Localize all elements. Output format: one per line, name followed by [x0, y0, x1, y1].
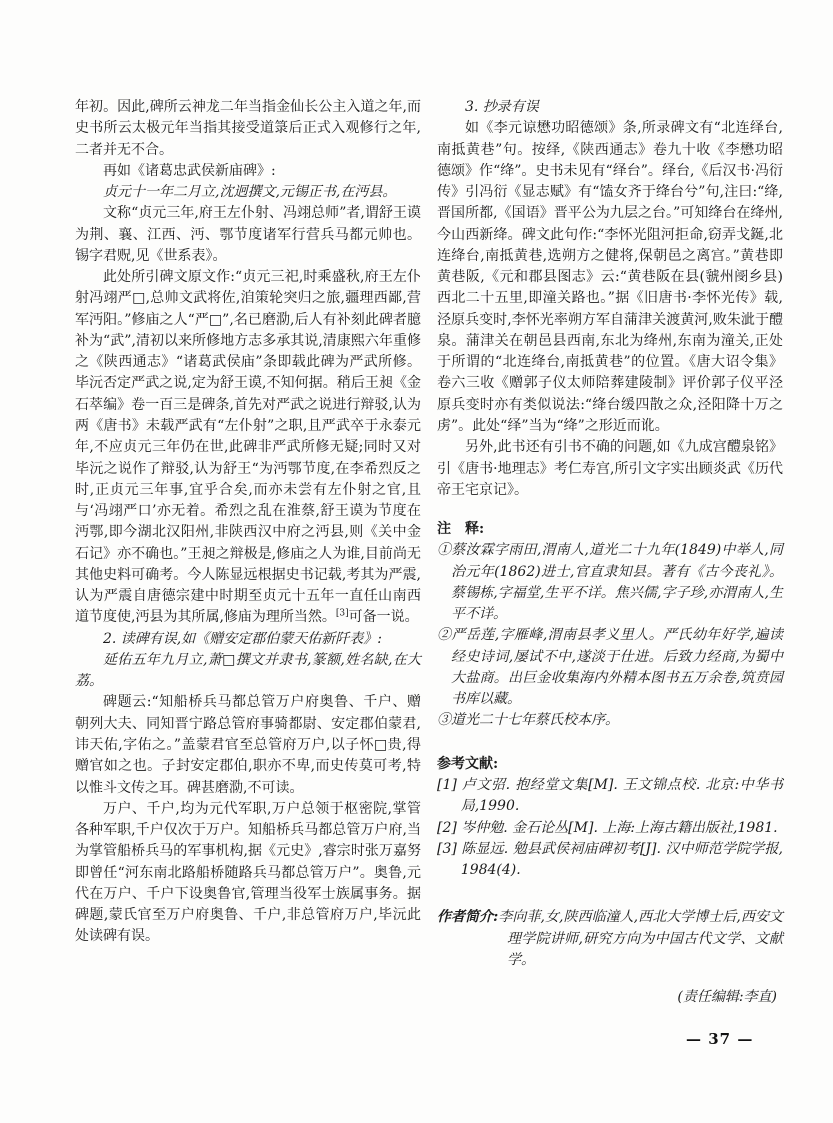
footnote: ①蔡汝霖字雨田,渭南人,道光二十九年(1849)中举人,同治元年(1862)进士…	[437, 540, 783, 625]
paragraph: 碑题云:“知船桥兵马都总管万户府奥鲁、千户、赠朝列大夫、同知晋宁路总管府事骑都尉…	[75, 692, 421, 798]
author-bio-text: 李向菲,女,陕西临潼人,西北大学博士后,西安文理学院讲师,研究方向为中国古代文学…	[498, 909, 783, 968]
right-column: 3. 抄录有误 如《李元谅懋功昭德颂》条,所录碑文有“北连绎台,南抵黄巷”句。按…	[437, 97, 783, 1008]
footnote: ②严岳莲,字雁峰,渭南县孝义里人。严氏幼年好学,遍读经史诗词,屡试不中,遂淡于仕…	[437, 625, 783, 710]
subsection-heading: 2. 读碑有误,如《赠安定郡伯蒙天佑新阡表》:	[75, 629, 421, 650]
subsection-heading: 3. 抄录有误	[437, 97, 783, 118]
paragraph: 此处所引碑文原文作:“贞元三祀,时乘盛秋,府王左仆射冯翊严□,总帅文武将佐,洎策…	[75, 267, 421, 629]
citation-mark: [3]	[336, 609, 349, 619]
paragraph: 如《李元谅懋功昭德颂》条,所录碑文有“北连绎台,南抵黄巷”句。按绎,《陕西通志》…	[437, 118, 783, 437]
paragraph: 万户、千户,均为元代军职,万户总领于枢密院,掌管各种军职,千户仅次于万户。知船桥…	[75, 799, 421, 948]
paragraph-continuation: 年初。因此,碑所云神龙二年当指金仙长公主入道之年,而史书所云太极元年当指其接受道…	[75, 97, 421, 161]
references-title: 参考文献:	[437, 754, 783, 775]
reference-item: [3] 陈显远. 勉县武侯祠庙碑初考[J]. 汉中师范学院学报,1984(4).	[437, 839, 783, 882]
paragraph: 文称“贞元三年,府王左仆射、冯翊总师”者,谓舒王谟为荆、襄、江西、沔、鄂节度诸军…	[75, 203, 421, 267]
paragraph: 再如《诸葛忠武侯新庙碑》:	[75, 161, 421, 182]
author-bio: 作者简介:李向菲,女,陕西临潼人,西北大学博士后,西安文理学院讲师,研究方向为中…	[437, 907, 783, 971]
stele-record-line: 延佑五年九月立,萧□撰文并隶书,篆额,姓名缺,在大荔。	[75, 650, 421, 693]
stele-record-line: 贞元十一年二月立,沈迥撰文,元锡正书,在沔县。	[75, 182, 421, 203]
paragraph-text: 可备一说。	[349, 609, 419, 625]
responsible-editor: (责任编辑:李直)	[437, 987, 783, 1008]
two-column-layout: 年初。因此,碑所云神龙二年当指金仙长公主入道之年,而史书所云太极元年当指其接受道…	[75, 97, 783, 1008]
reference-item: [2] 岑仲勉. 金石论丛[M]. 上海:上海古籍出版社,1981.	[437, 818, 783, 839]
page-number: — 37 —	[686, 1030, 753, 1048]
reference-item: [1] 卢文弨. 抱经堂文集[M]. 王文锦点校. 北京:中华书局,1990.	[437, 775, 783, 818]
paragraph: 另外,此书还有引书不确的问题,如《九成宫醴泉铭》引《唐书·地理志》考仁寿宫,所引…	[437, 437, 783, 501]
paragraph-text: 此处所引碑文原文作:“贞元三祀,时乘盛秋,府王左仆射冯翊严□,总帅文武将佐,洎策…	[75, 269, 421, 625]
journal-page: 年初。因此,碑所云神龙二年当指金仙长公主入道之年,而史书所云太极元年当指其接受道…	[0, 0, 833, 1123]
left-column: 年初。因此,碑所云神龙二年当指金仙长公主入道之年,而史书所云太极元年当指其接受道…	[75, 97, 421, 1008]
author-bio-label: 作者简介:	[437, 909, 498, 925]
notes-title: 注 释:	[437, 519, 783, 540]
footnote: ③道光二十七年蔡氏校本序。	[437, 710, 783, 731]
